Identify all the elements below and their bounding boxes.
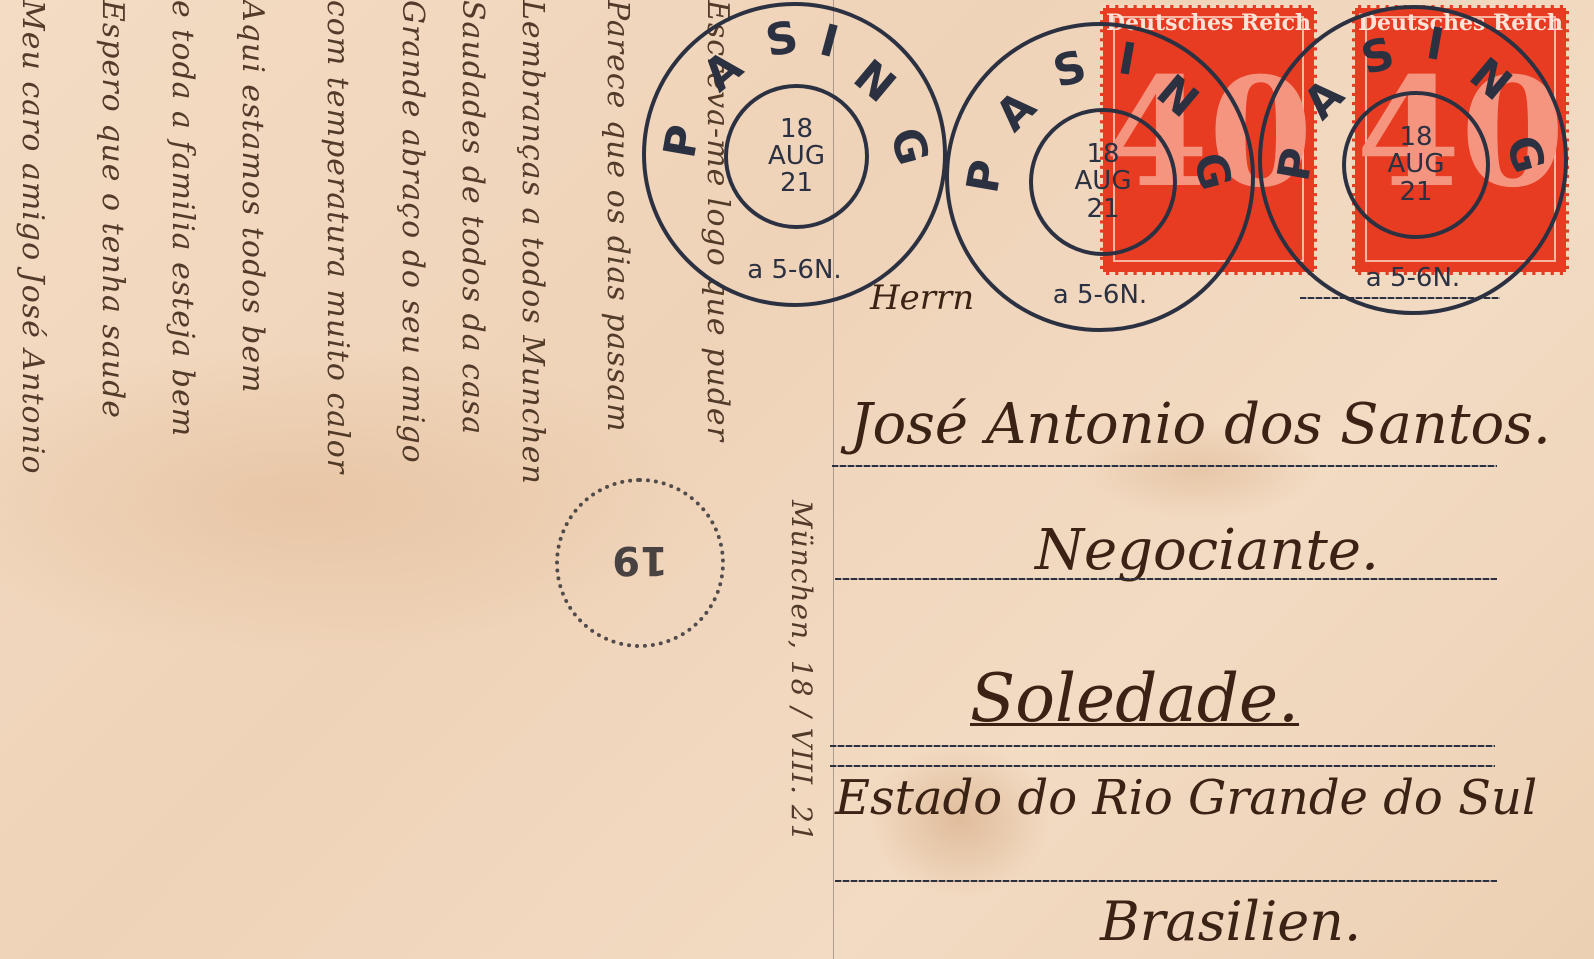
postmark-time: a 5-6N. [1262,263,1564,293]
address-name: José Antonio dos Santos. [850,392,1551,457]
transit-postmark-number: 19 [559,537,721,583]
transit-postmark: 19 [555,478,725,648]
address-line [1300,297,1500,299]
date-note: München, 18 / VIII. 21 [785,500,818,843]
message-column: Aqui estamos todos bem [235,0,270,394]
message-column: Lembranças a todos Munchen [515,0,550,485]
address-state: Estado do Rio Grande do Sul [835,770,1537,826]
postmark-year: 21 [1086,196,1119,223]
postmark-day: 18 [780,116,813,143]
postmark-year: 21 [780,170,813,197]
address-occupation: Negociante. [1035,518,1379,583]
address-line [835,880,1497,882]
postcard-back: Meu caro amigo José Antonio Espero que o… [0,0,1594,959]
message-column: Grande abraço do seu amigo [395,0,430,464]
postmark-day: 18 [1399,124,1432,151]
message-column: e toda a familia esteja bem [165,0,200,437]
address-line [830,745,1495,747]
postmark-year: 21 [1399,179,1432,206]
postmark-day: 18 [1086,141,1119,168]
address-salutation: Herrn [870,278,974,318]
address-line [832,465,1497,467]
message-column: Espero que o tenha saude [95,0,130,419]
postmark-time: a 5-6N. [949,280,1251,310]
postmark: P A S I N G 18 AUG 21 a 5-6N. [945,22,1255,332]
address-line [835,578,1497,580]
postmark-month: AUG [1388,151,1445,178]
message-column: Parece que os dias passam [600,0,635,433]
message-column: Meu caro amigo José Antonio [15,0,50,475]
address-line [830,765,1495,767]
postmark: P A S I N G 18 AUG 21 a 5-6N. [642,2,947,307]
address-city: Soledade. [970,660,1299,737]
postmark-month: AUG [1075,168,1132,195]
postmark: P A S I N G 18 AUG 21 a 5-6N. [1258,5,1568,315]
address-country: Brasilien. [1100,890,1361,953]
message-column: com temperatura muito calor [320,0,355,474]
message-column: Saudades de todos da casa [455,0,490,435]
postmark-month: AUG [768,143,825,170]
